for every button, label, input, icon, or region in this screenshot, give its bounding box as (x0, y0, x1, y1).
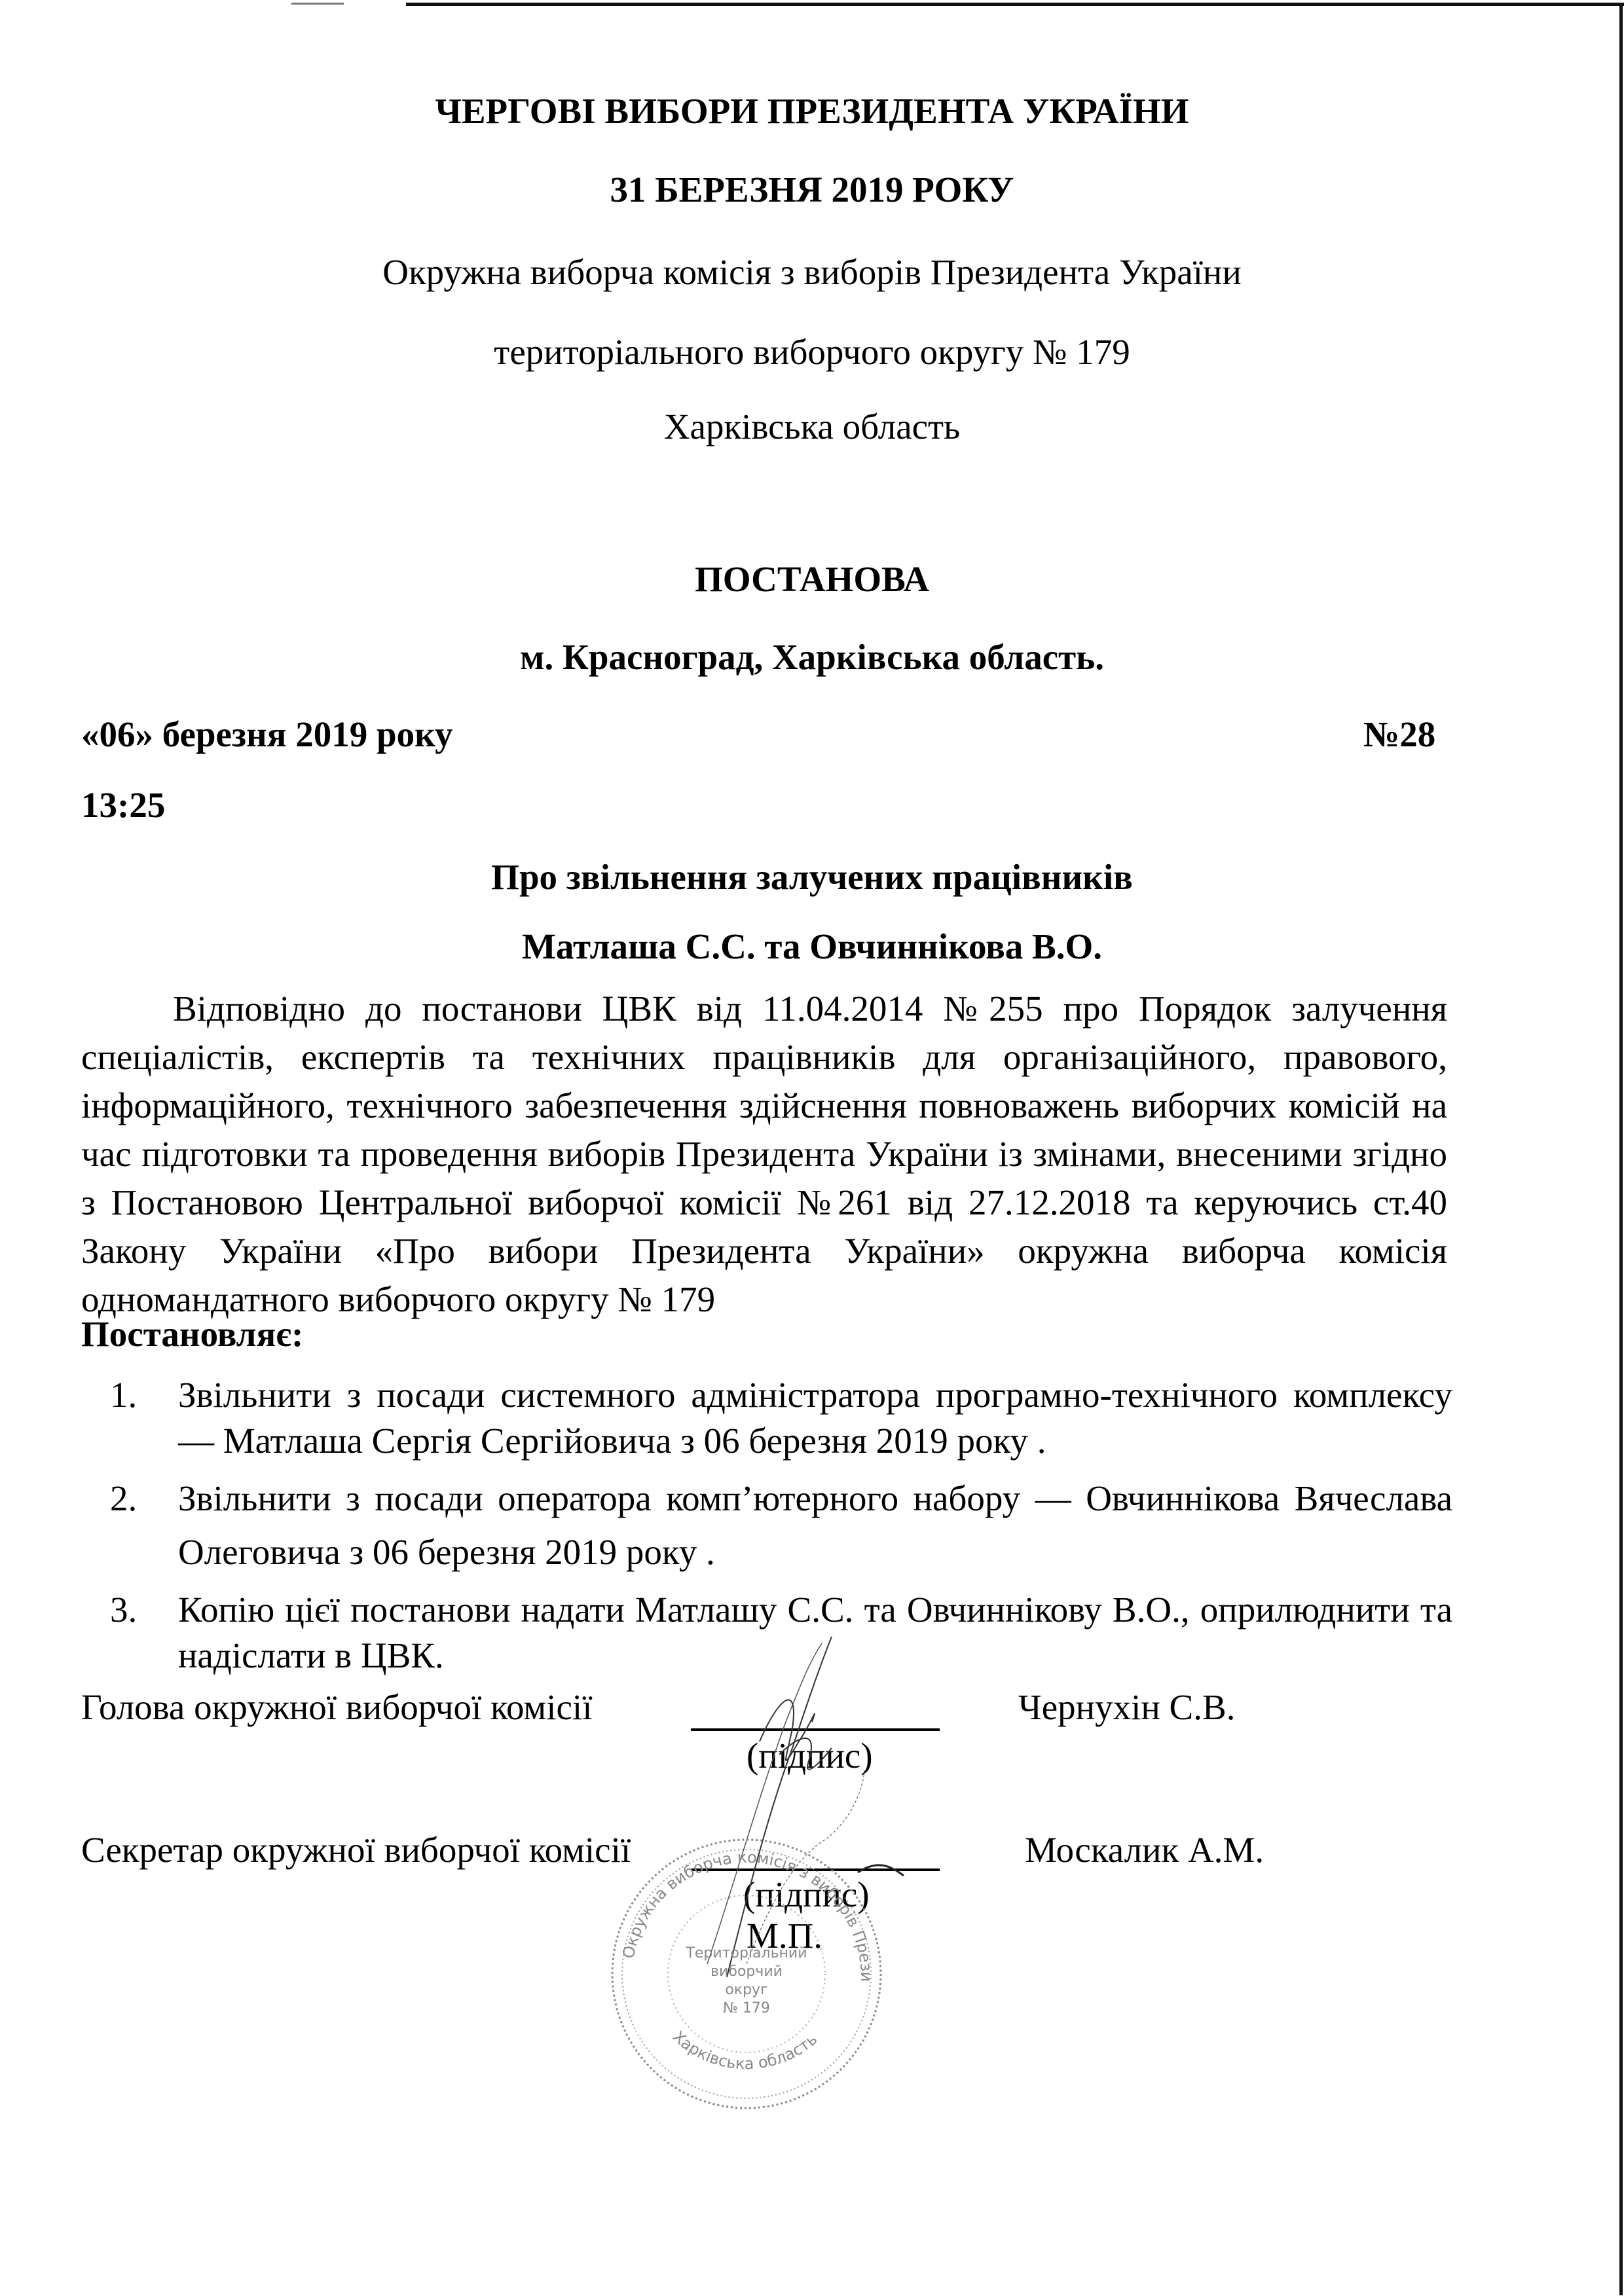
document-date: «06» березня 2019 року (81, 714, 452, 756)
official-stamp-icon: Окружна виборча комісія з виборів Презид… (593, 1827, 900, 2115)
document-type: ПОСТАНОВА (0, 558, 1624, 600)
subject-line-1: Про звільнення залучених працівників (0, 856, 1624, 898)
item-number: 1. (110, 1372, 137, 1418)
document-place: м. Красноград, Харківська область. (0, 636, 1624, 678)
secretary-name: Москалик А.М. (1025, 1829, 1264, 1871)
stamp-center-line-2: виборчий (710, 1963, 783, 1980)
scan-edge-top (406, 3, 1624, 6)
stamp-bottom-text: Харківська область (669, 2028, 821, 2073)
resolution-item: 1.Звільнити з посади системного адмініст… (110, 1372, 1452, 1464)
election-date: 31 БЕРЕЗНЯ 2019 РОКУ (0, 169, 1624, 211)
district-name: територіального виборчого округу № 179 (0, 331, 1624, 373)
item-text: Звільнити з посади системного адміністра… (178, 1375, 1452, 1461)
election-title: ЧЕРГОВІ ВИБОРИ ПРЕЗИДЕНТА УКРАЇНИ (0, 90, 1624, 132)
resolves-heading: Постановляє: (81, 1313, 303, 1355)
item-number: 3. (110, 1587, 137, 1633)
scan-edge-top-faint (291, 3, 344, 5)
document-number: №28 (1363, 714, 1435, 756)
subject-line-2: Матлаша С.С. та Овчиннікова В.О. (0, 926, 1624, 968)
svg-text:Харківська область: Харківська область (669, 2028, 821, 2073)
commission-name: Окружна виборча комісія з виборів Презид… (0, 251, 1624, 293)
region-name: Харківська область (0, 406, 1624, 448)
item-text: Звільнити з посади оператора комп’ютерно… (178, 1478, 1452, 1572)
item-number: 2. (110, 1472, 137, 1525)
preamble-text: Відповідно до постанови ЦВК від 11.04.20… (81, 989, 1447, 1319)
document-time: 13:25 (81, 784, 165, 826)
stamp-center-line-4: № 179 (723, 2000, 770, 2016)
chair-name: Чернухін С.В. (1018, 1686, 1235, 1728)
resolution-item: 2.Звільнити з посади оператора комп’ютер… (110, 1472, 1452, 1579)
preamble-paragraph: Відповідно до постанови ЦВК від 11.04.20… (81, 985, 1447, 1324)
stamp-center-line-3: округ (725, 1982, 767, 1998)
secretary-title: Секретар окружної виборчої комісії (81, 1829, 631, 1871)
stamp-center-line-1: Територіальний (685, 1945, 807, 1961)
chair-title: Голова окружної виборчої комісії (81, 1686, 592, 1728)
